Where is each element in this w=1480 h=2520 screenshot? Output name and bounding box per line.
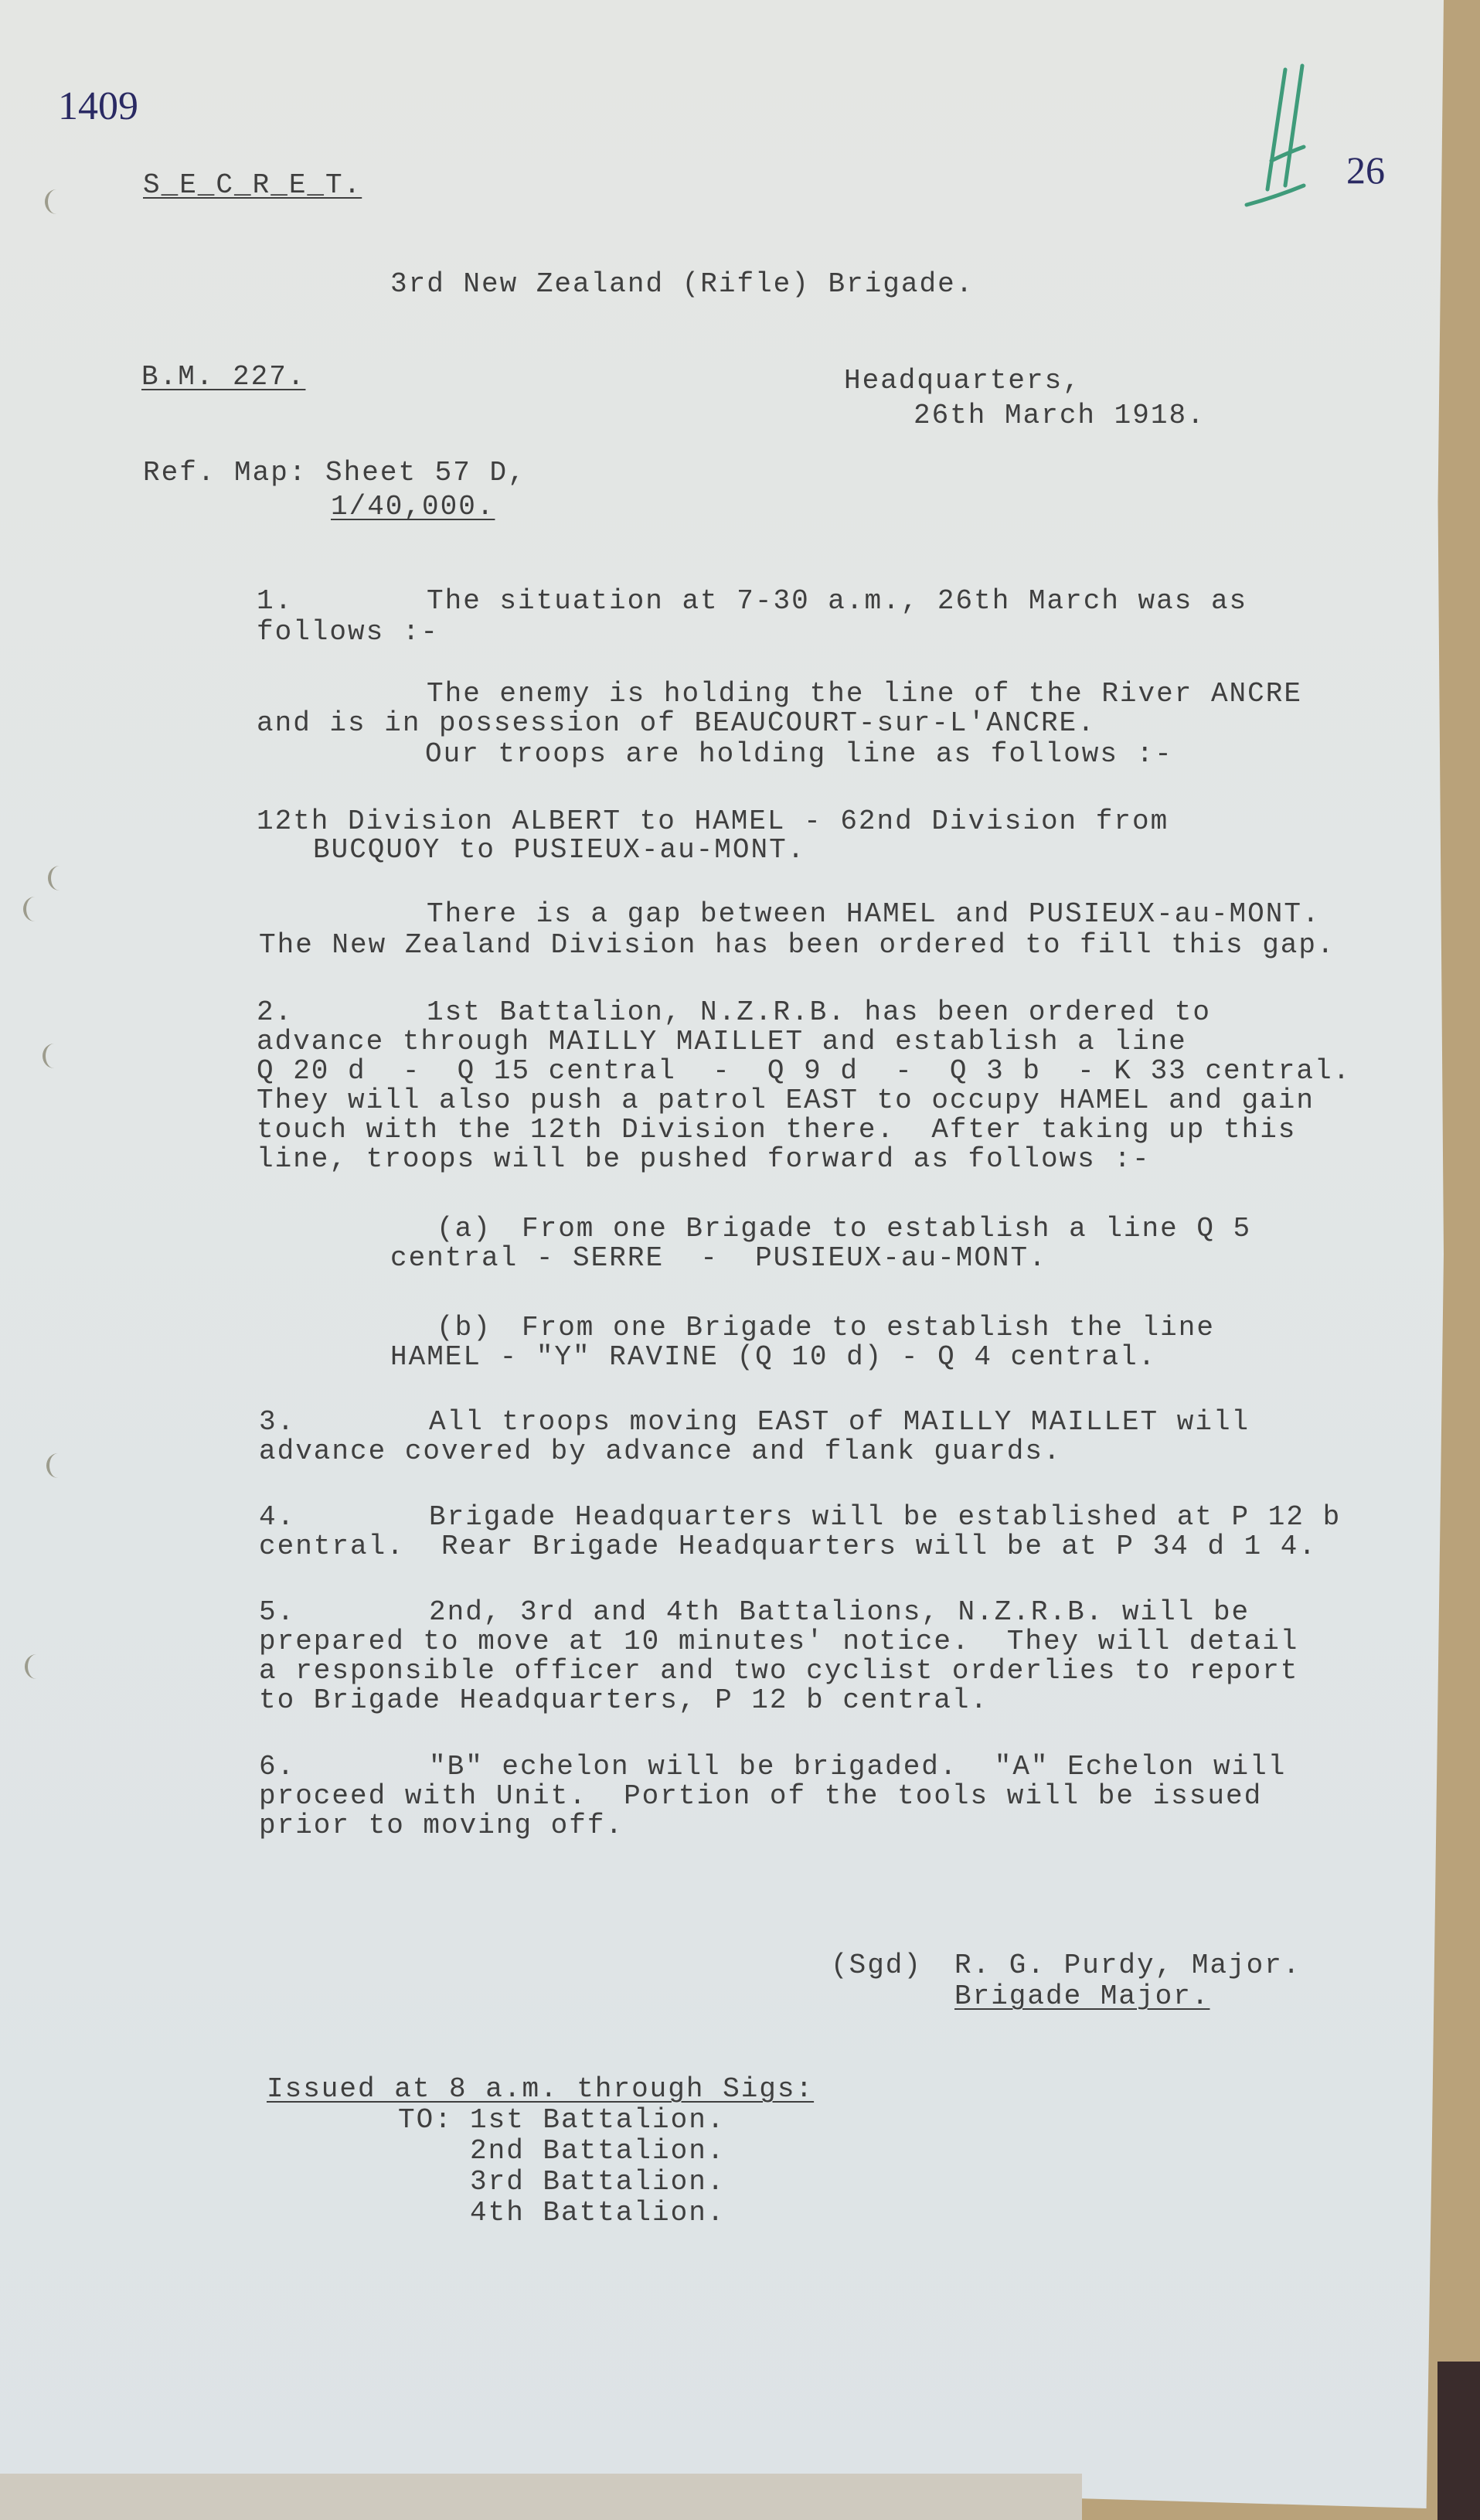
recipient: 4th Battalion. bbox=[470, 2199, 725, 2227]
punch-hole bbox=[48, 866, 71, 891]
signature-prefix: (Sgd) bbox=[831, 1952, 922, 1980]
unit-title: 3rd New Zealand (Rifle) Brigade. bbox=[390, 271, 974, 298]
location: Headquarters, bbox=[844, 367, 1081, 395]
paragraph-text: prepared to move at 10 minutes' notice. … bbox=[259, 1628, 1298, 1656]
subitem-label: (a) bbox=[437, 1215, 492, 1243]
paragraph-text: touch with the 12th Division there. Afte… bbox=[257, 1116, 1296, 1144]
paragraph-text: a responsible officer and two cyclist or… bbox=[259, 1657, 1298, 1685]
subitem-text: From one Brigade to establish the line bbox=[522, 1314, 1215, 1342]
paragraph-text: 2nd, 3rd and 4th Battalions, N.Z.R.B. wi… bbox=[429, 1599, 1250, 1626]
subitem-text: central - SERRE - PUSIEUX-au-MONT. bbox=[390, 1245, 1047, 1272]
green-annotation-icon bbox=[1240, 62, 1310, 216]
paragraph-text: 1st Battalion, N.Z.R.B. has been ordered… bbox=[427, 999, 1211, 1027]
paragraph-text: There is a gap between HAMEL and PUSIEUX… bbox=[427, 901, 1321, 928]
page-number: 26 bbox=[1346, 151, 1385, 189]
paragraph-text: The situation at 7-30 a.m., 26th March w… bbox=[427, 587, 1247, 615]
background-strip bbox=[0, 2474, 1082, 2520]
ref-map: Ref. Map: Sheet 57 D, bbox=[143, 459, 526, 487]
date: 26th March 1918. bbox=[914, 402, 1206, 430]
paragraph-number: 3. bbox=[259, 1408, 295, 1436]
paragraph-text: line, troops will be pushed forward as f… bbox=[257, 1146, 1151, 1173]
issued-line: Issued at 8 a.m. through Sigs: bbox=[267, 2076, 814, 2103]
punch-hole bbox=[23, 897, 46, 921]
paragraph-text: The enemy is holding the line of the Riv… bbox=[427, 680, 1302, 708]
paragraph-text: and is in possession of BEAUCOURT-sur-L'… bbox=[257, 710, 1096, 737]
subitem-text: From one Brigade to establish a line Q 5 bbox=[522, 1215, 1251, 1243]
paragraph-text: All troops moving EAST of MAILLY MAILLET… bbox=[429, 1408, 1250, 1436]
paragraph-text: Brigade Headquarters will be established… bbox=[429, 1503, 1341, 1531]
subitem-label: (b) bbox=[437, 1314, 492, 1342]
classification-label: S_E_C_R_E_T. bbox=[143, 172, 362, 199]
punch-hole bbox=[43, 1044, 66, 1068]
paragraph-text: proceed with Unit. Portion of the tools … bbox=[259, 1783, 1262, 1810]
reference-number: B.M. 227. bbox=[141, 363, 305, 391]
paragraph-text: They will also push a patrol EAST to occ… bbox=[257, 1087, 1315, 1115]
paragraph-text: prior to moving off. bbox=[259, 1812, 624, 1840]
to-label: TO: bbox=[398, 2106, 453, 2134]
paragraph-text: Our troops are holding line as follows :… bbox=[425, 741, 1173, 768]
signature-title: Brigade Major. bbox=[954, 1983, 1210, 2011]
paragraph-number: 4. bbox=[259, 1503, 295, 1531]
background-object bbox=[1437, 2362, 1480, 2520]
paragraph-number: 1. bbox=[257, 587, 293, 615]
paragraph-text: BUCQUOY to PUSIEUX-au-MONT. bbox=[313, 836, 805, 864]
paragraph-text: "B" echelon will be brigaded. "A" Echelo… bbox=[429, 1753, 1286, 1781]
paragraph-number: 5. bbox=[259, 1599, 295, 1626]
ref-map-scale: 1/40,000. bbox=[331, 493, 495, 521]
paragraph-text: The New Zealand Division has been ordere… bbox=[259, 931, 1335, 959]
punch-hole bbox=[45, 189, 68, 214]
paragraph-number: 2. bbox=[257, 999, 293, 1027]
paragraph-text: Q 20 d - Q 15 central - Q 9 d - Q 3 b - … bbox=[257, 1057, 1351, 1085]
paragraph-text: advance covered by advance and flank gua… bbox=[259, 1438, 1062, 1466]
folio-number: 1409 bbox=[58, 87, 138, 127]
punch-hole bbox=[25, 1654, 48, 1679]
punch-hole bbox=[46, 1453, 70, 1478]
paragraph-text: central. Rear Brigade Headquarters will … bbox=[259, 1533, 1317, 1561]
subitem-text: HAMEL - "Y" RAVINE (Q 10 d) - Q 4 centra… bbox=[390, 1343, 1156, 1371]
recipient: 2nd Battalion. bbox=[470, 2137, 725, 2165]
paragraph-text: follows :- bbox=[257, 618, 439, 646]
recipient: 1st Battalion. bbox=[470, 2106, 725, 2134]
signature-name: R. G. Purdy, Major. bbox=[954, 1952, 1301, 1980]
paragraph-text: 12th Division ALBERT to HAMEL - 62nd Div… bbox=[257, 808, 1169, 836]
paragraph-text: to Brigade Headquarters, P 12 b central. bbox=[259, 1687, 988, 1715]
recipient: 3rd Battalion. bbox=[470, 2168, 725, 2196]
paragraph-number: 6. bbox=[259, 1753, 295, 1781]
paragraph-text: advance through MAILLY MAILLET and estab… bbox=[257, 1028, 1187, 1056]
